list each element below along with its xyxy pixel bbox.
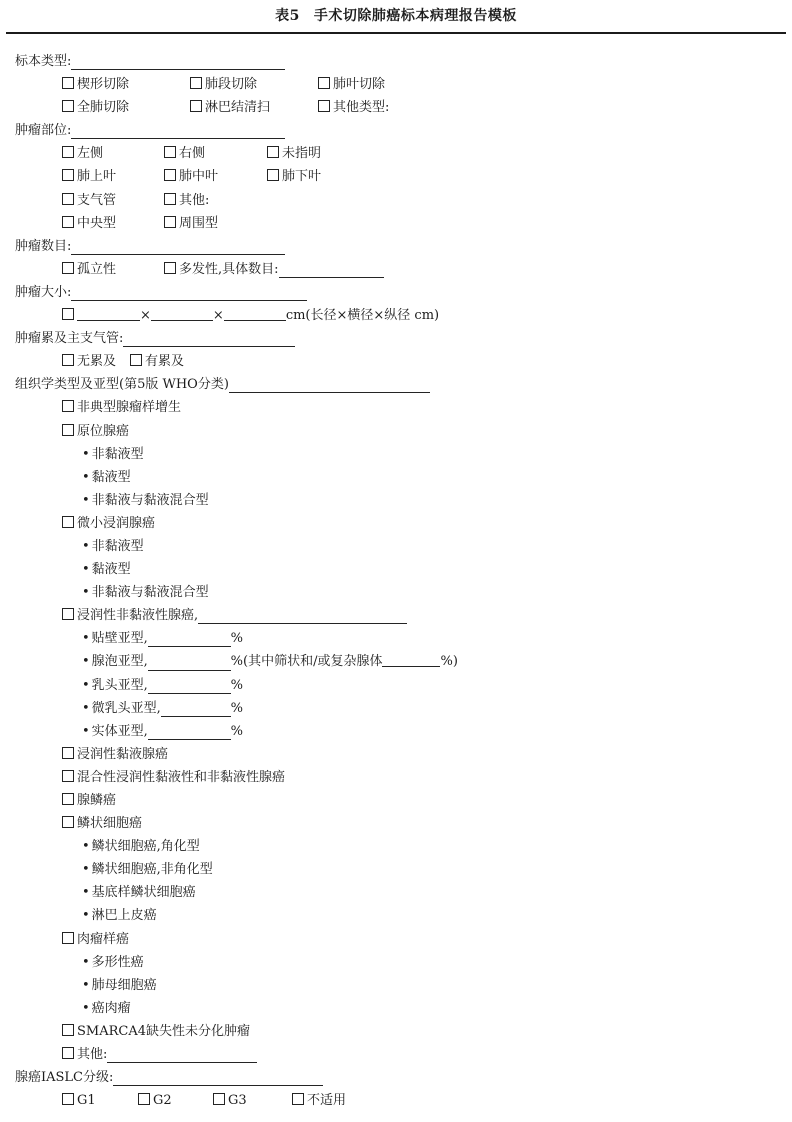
- bullet-icon: •: [82, 904, 90, 927]
- checkbox-icon: [62, 770, 74, 782]
- checkbox-option: 右侧: [164, 142, 267, 165]
- fill-in-blank: [113, 1084, 323, 1086]
- form-line-46: G1G2G3不适用: [0, 1089, 792, 1112]
- checkbox-option: 肉瘤样癌: [62, 928, 129, 951]
- form-line-41: •肺母细胞癌: [0, 974, 792, 997]
- form-line-34: 鳞状细胞癌: [0, 812, 792, 835]
- checkbox-icon: [267, 146, 279, 158]
- label-text: 微乳头亚型,: [92, 697, 161, 720]
- fill-in-blank: [198, 622, 407, 624]
- form-line-38: •淋巴上皮癌: [0, 904, 792, 927]
- form-line-30: •实体亚型,%: [0, 720, 792, 743]
- checkbox-icon: [62, 100, 74, 112]
- form-line-2: 楔形切除肺段切除肺叶切除: [0, 73, 792, 96]
- label-text: 浸润性非黏液性腺癌,: [77, 604, 198, 627]
- checkbox-option: 肺中叶: [164, 165, 267, 188]
- bullet-icon: •: [82, 697, 90, 720]
- form-line-16: 非典型腺瘤样增生: [0, 396, 792, 419]
- label-text: 非黏液与黏液混合型: [92, 493, 209, 508]
- form-line-26: •贴壁亚型,%: [0, 627, 792, 650]
- option-label: 肉瘤样癌: [77, 932, 129, 947]
- checkbox-icon: [292, 1093, 304, 1105]
- label-text: 多发性,具体数目:: [179, 258, 279, 281]
- label-text: 肿瘤大小:: [15, 281, 71, 304]
- label-text: 组织学类型及亚型(第5版 WHO分类): [15, 373, 229, 396]
- checkbox-icon: [62, 169, 74, 181]
- label-text: 非黏液型: [92, 447, 144, 462]
- checkbox-option: 肺上叶: [62, 165, 164, 188]
- checkbox-icon: [164, 146, 176, 158]
- label-text: %): [440, 654, 457, 669]
- label-text: cm(长径×横径×纵径 cm): [286, 308, 439, 323]
- checkbox-icon: [62, 354, 74, 366]
- form-line-6: 肺上叶肺中叶肺下叶: [0, 165, 792, 188]
- form-line-28: •乳头亚型,%: [0, 674, 792, 697]
- checkbox-option: 有累及: [130, 350, 184, 373]
- fill-in-blank: [148, 692, 231, 694]
- label-text: 贴壁亚型,: [92, 627, 148, 650]
- checkbox-icon: [62, 516, 74, 528]
- label-text: 肿瘤数目:: [15, 235, 71, 258]
- option-label: 浸润性黏液腺癌: [77, 747, 168, 762]
- label-text: 黏液型: [92, 470, 131, 485]
- label-text: 肿瘤累及主支气管:: [15, 327, 123, 350]
- fill-in-blank: [279, 276, 384, 278]
- option-label: G1: [77, 1093, 96, 1108]
- fill-in-blank: [107, 1061, 257, 1063]
- option-label: G2: [153, 1093, 172, 1108]
- labeled-blank: 腺泡亚型,: [92, 650, 231, 673]
- checkbox-option: 不适用: [292, 1089, 346, 1112]
- option-label: 支气管: [77, 193, 116, 208]
- checkbox-icon: [62, 193, 74, 205]
- option-label: 肺段切除: [205, 77, 257, 92]
- checkbox-option: 原位腺癌: [62, 420, 129, 443]
- checkbox-icon: [267, 169, 279, 181]
- form-line-27: •腺泡亚型,%(其中筛状和/或复杂腺体%): [0, 650, 792, 673]
- checkbox-icon: [62, 424, 74, 436]
- option-label: 楔形切除: [77, 77, 129, 92]
- checkbox-icon: [62, 400, 74, 412]
- checkbox-option: 无累及: [62, 350, 130, 373]
- label-text: %(其中筛状和/或复杂腺体: [231, 654, 383, 669]
- option-label: 中央型: [77, 216, 116, 231]
- form-line-21: 微小浸润腺癌: [0, 512, 792, 535]
- checkbox-icon: [62, 77, 74, 89]
- bullet-icon: •: [82, 489, 90, 512]
- form-line-43: SMARCA4缺失性未分化肿瘤: [0, 1020, 792, 1043]
- form-line-33: 腺鳞癌: [0, 789, 792, 812]
- form-line-32: 混合性浸润性黏液性和非黏液性腺癌: [0, 766, 792, 789]
- option-label: G3: [228, 1093, 247, 1108]
- option-label: 淋巴结清扫: [205, 100, 270, 115]
- label-text: 肺母细胞癌: [92, 978, 157, 993]
- option-label: 微小浸润腺癌: [77, 516, 155, 531]
- form-line-20: •非黏液与黏液混合型: [0, 489, 792, 512]
- option-label: 肺叶切除: [333, 77, 385, 92]
- option-label: SMARCA4缺失性未分化肿瘤: [77, 1024, 250, 1039]
- label-text: 实体亚型,: [92, 720, 148, 743]
- label-text: %: [231, 678, 243, 693]
- checkbox-icon: [62, 793, 74, 805]
- form-line-11: 肿瘤大小:: [0, 281, 792, 304]
- labeled-blank: 浸润性非黏液性腺癌,: [77, 604, 407, 627]
- label-text: 鳞状细胞癌,角化型: [92, 839, 200, 854]
- form-line-15: 组织学类型及亚型(第5版 WHO分类): [0, 373, 792, 396]
- bullet-icon: •: [82, 650, 90, 673]
- checkbox-option: 非典型腺瘤样增生: [62, 396, 181, 419]
- labeled-blank: 实体亚型,: [92, 720, 231, 743]
- checkbox-icon: [164, 216, 176, 228]
- bullet-icon: •: [82, 835, 90, 858]
- fill-in-blank: [148, 669, 231, 671]
- form-line-36: •鳞状细胞癌,非角化型: [0, 858, 792, 881]
- checkbox-option: 肺叶切除: [318, 73, 385, 96]
- checkbox-option: 中央型: [62, 212, 164, 235]
- form-line-10: 孤立性多发性,具体数目:: [0, 258, 792, 281]
- form-line-18: •非黏液型: [0, 443, 792, 466]
- label-text: 乳头亚型,: [92, 674, 148, 697]
- option-label: 其他类型:: [333, 100, 389, 115]
- labeled-blank: 肿瘤累及主支气管:: [15, 327, 295, 350]
- checkbox-option: 其他类型:: [318, 96, 389, 119]
- checkbox-option: 浸润性黏液腺癌: [62, 743, 168, 766]
- checkbox-icon: [138, 1093, 150, 1105]
- bullet-icon: •: [82, 997, 90, 1020]
- checkbox-icon: [62, 608, 74, 620]
- fill-in-blank: [148, 645, 231, 647]
- label-text: 基底样鳞状细胞癌: [92, 885, 196, 900]
- option-label: 肺中叶: [179, 169, 218, 184]
- checkbox-option: 肺段切除: [190, 73, 318, 96]
- checkbox-option: 全肺切除: [62, 96, 190, 119]
- labeled-blank: 微乳头亚型,: [92, 697, 231, 720]
- fill-in-blank: [71, 299, 307, 301]
- option-label: 周围型: [179, 216, 218, 231]
- option-label: 混合性浸润性黏液性和非黏液性腺癌: [77, 770, 285, 785]
- bullet-icon: •: [82, 720, 90, 743]
- checkbox-icon: [164, 193, 176, 205]
- fill-in-blank: [71, 253, 285, 255]
- document-page: 表5手术切除肺癌标本病理报告模板 标本类型:楔形切除肺段切除肺叶切除全肺切除淋巴…: [0, 0, 792, 1122]
- form-line-37: •基底样鳞状细胞癌: [0, 881, 792, 904]
- checkbox-icon: [62, 216, 74, 228]
- form-line-14: 无累及有累及: [0, 350, 792, 373]
- label-text: %: [231, 701, 243, 716]
- fill-in-blank: [148, 738, 231, 740]
- checkbox-option: 腺鳞癌: [62, 789, 116, 812]
- option-label: 有累及: [145, 354, 184, 369]
- label-text: 其他:: [77, 1043, 107, 1066]
- label-text: ×: [140, 308, 151, 323]
- labeled-blank: 组织学类型及亚型(第5版 WHO分类): [15, 373, 430, 396]
- checkbox-option: G3: [213, 1089, 292, 1112]
- label-text: 非黏液型: [92, 539, 144, 554]
- checkbox-icon: [164, 169, 176, 181]
- labeled-blank: 贴壁亚型,: [92, 627, 231, 650]
- label-text: 癌肉瘤: [92, 1001, 131, 1016]
- checkbox-icon: [318, 100, 330, 112]
- table-caption: 表5手术切除肺癌标本病理报告模板: [0, 5, 792, 25]
- form-line-1: 标本类型:: [0, 50, 792, 73]
- checkbox-option: 左侧: [62, 142, 164, 165]
- form-line-5: 左侧右侧未指明: [0, 142, 792, 165]
- option-label: 其他:: [179, 193, 209, 208]
- checkbox-icon: [318, 77, 330, 89]
- checkbox-option: 鳞状细胞癌: [62, 812, 142, 835]
- option-label: 非典型腺瘤样增生: [77, 400, 181, 415]
- option-label: 孤立性: [77, 262, 116, 277]
- checkbox-option: 周围型: [164, 212, 218, 235]
- option-label: 右侧: [179, 146, 205, 161]
- checkbox-icon: [62, 262, 74, 274]
- checkbox-option: 孤立性: [62, 258, 164, 281]
- label-text: %: [231, 724, 243, 739]
- label-text: 鳞状细胞癌,非角化型: [92, 862, 213, 877]
- bullet-icon: •: [82, 443, 90, 466]
- checkbox-option: 淋巴结清扫: [190, 96, 318, 119]
- label-text: 标本类型:: [15, 50, 71, 73]
- label-text: 非黏液与黏液混合型: [92, 585, 209, 600]
- checkbox-option: 其他:: [164, 189, 209, 212]
- label-text: 淋巴上皮癌: [92, 908, 157, 923]
- checkbox-option: 未指明: [267, 142, 321, 165]
- form-line-35: •鳞状细胞癌,角化型: [0, 835, 792, 858]
- checkbox-option: 肺下叶: [267, 165, 321, 188]
- checkbox-icon: [62, 146, 74, 158]
- bullet-icon: •: [82, 627, 90, 650]
- label-text: 腺泡亚型,: [92, 650, 148, 673]
- form-line-25: 浸润性非黏液性腺癌,: [0, 604, 792, 627]
- option-label: 无累及: [77, 354, 116, 369]
- option-label: 肺上叶: [77, 169, 116, 184]
- form-line-44: 其他:: [0, 1043, 792, 1066]
- form-line-23: •黏液型: [0, 558, 792, 581]
- checkbox-option: 微小浸润腺癌: [62, 512, 155, 535]
- label-text: 肿瘤部位:: [15, 119, 71, 142]
- bullet-icon: •: [82, 974, 90, 997]
- form-line-19: •黏液型: [0, 466, 792, 489]
- bullet-icon: •: [82, 674, 90, 697]
- form-line-12: ××cm(长径×横径×纵径 cm): [0, 304, 792, 327]
- checkbox-icon: [62, 1093, 74, 1105]
- option-label: 腺鳞癌: [77, 793, 116, 808]
- form-line-4: 肿瘤部位:: [0, 119, 792, 142]
- checkbox-option: G2: [138, 1089, 213, 1112]
- checkbox-icon: [62, 308, 74, 320]
- bullet-icon: •: [82, 881, 90, 904]
- fill-in-blank: [123, 345, 295, 347]
- fill-in-blank: [224, 319, 286, 321]
- form-line-7: 支气管其他:: [0, 189, 792, 212]
- form-line-8: 中央型周围型: [0, 212, 792, 235]
- option-label: 原位腺癌: [77, 424, 129, 439]
- bullet-icon: •: [82, 466, 90, 489]
- labeled-blank: 其他:: [77, 1043, 257, 1066]
- option-label: 鳞状细胞癌: [77, 816, 142, 831]
- bullet-icon: •: [82, 858, 90, 881]
- label-text: ×: [213, 308, 224, 323]
- labeled-blank: 标本类型:: [15, 50, 285, 73]
- checkbox-icon: [213, 1093, 225, 1105]
- labeled-blank: 肿瘤数目:: [15, 235, 285, 258]
- label-text: 多形性癌: [92, 955, 144, 970]
- checkbox-icon: [62, 816, 74, 828]
- checkbox-option: G1: [62, 1089, 138, 1112]
- fill-in-blank: [77, 319, 140, 321]
- option-label: 全肺切除: [77, 100, 129, 115]
- labeled-blank: 肿瘤大小:: [15, 281, 307, 304]
- checkbox-option: SMARCA4缺失性未分化肿瘤: [62, 1020, 250, 1043]
- option-label: 肺下叶: [282, 169, 321, 184]
- form-line-29: •微乳头亚型,%: [0, 697, 792, 720]
- fill-in-blank: [151, 319, 213, 321]
- checkbox-icon: [164, 262, 176, 274]
- label-text: 黏液型: [92, 562, 131, 577]
- fill-in-blank: [229, 391, 430, 393]
- option-label: 不适用: [307, 1093, 346, 1108]
- labeled-blank: 多发性,具体数目:: [179, 258, 384, 281]
- checkbox-option: 支气管: [62, 189, 164, 212]
- checkbox-icon: [62, 932, 74, 944]
- form-line-17: 原位腺癌: [0, 420, 792, 443]
- labeled-blank: 乳头亚型,: [92, 674, 231, 697]
- caption-rule: [6, 32, 786, 34]
- form-line-39: 肉瘤样癌: [0, 928, 792, 951]
- checkbox-icon: [190, 100, 202, 112]
- checkbox-icon: [62, 1047, 74, 1059]
- checkbox-option: 混合性浸润性黏液性和非黏液性腺癌: [62, 766, 285, 789]
- checkbox-icon: [62, 747, 74, 759]
- bullet-icon: •: [82, 558, 90, 581]
- option-label: 左侧: [77, 146, 103, 161]
- table-number: 表5: [275, 8, 300, 24]
- label-text: 腺癌IASLC分级:: [15, 1066, 113, 1089]
- fill-in-blank: [161, 715, 231, 717]
- checkbox-icon: [62, 1024, 74, 1036]
- table-title: 手术切除肺癌标本病理报告模板: [314, 8, 517, 24]
- form-line-22: •非黏液型: [0, 535, 792, 558]
- fill-in-blank: [71, 137, 285, 139]
- form-line-45: 腺癌IASLC分级:: [0, 1066, 792, 1089]
- checkbox-option: 楔形切除: [62, 73, 190, 96]
- option-label: 未指明: [282, 146, 321, 161]
- form-line-3: 全肺切除淋巴结清扫其他类型:: [0, 96, 792, 119]
- form-line-31: 浸润性黏液腺癌: [0, 743, 792, 766]
- form-content: 标本类型:楔形切除肺段切除肺叶切除全肺切除淋巴结清扫其他类型:肿瘤部位:左侧右侧…: [0, 50, 792, 1112]
- checkbox-icon: [130, 354, 142, 366]
- form-line-24: •非黏液与黏液混合型: [0, 581, 792, 604]
- fill-in-blank: [382, 665, 440, 667]
- form-line-13: 肿瘤累及主支气管:: [0, 327, 792, 350]
- form-line-9: 肿瘤数目:: [0, 235, 792, 258]
- labeled-blank: 腺癌IASLC分级:: [15, 1066, 323, 1089]
- checkbox-icon: [190, 77, 202, 89]
- label-text: %: [231, 631, 243, 646]
- form-line-40: •多形性癌: [0, 951, 792, 974]
- form-line-42: •癌肉瘤: [0, 997, 792, 1020]
- bullet-icon: •: [82, 951, 90, 974]
- fill-in-blank: [71, 68, 285, 70]
- labeled-blank: 肿瘤部位:: [15, 119, 285, 142]
- bullet-icon: •: [82, 581, 90, 604]
- bullet-icon: •: [82, 535, 90, 558]
